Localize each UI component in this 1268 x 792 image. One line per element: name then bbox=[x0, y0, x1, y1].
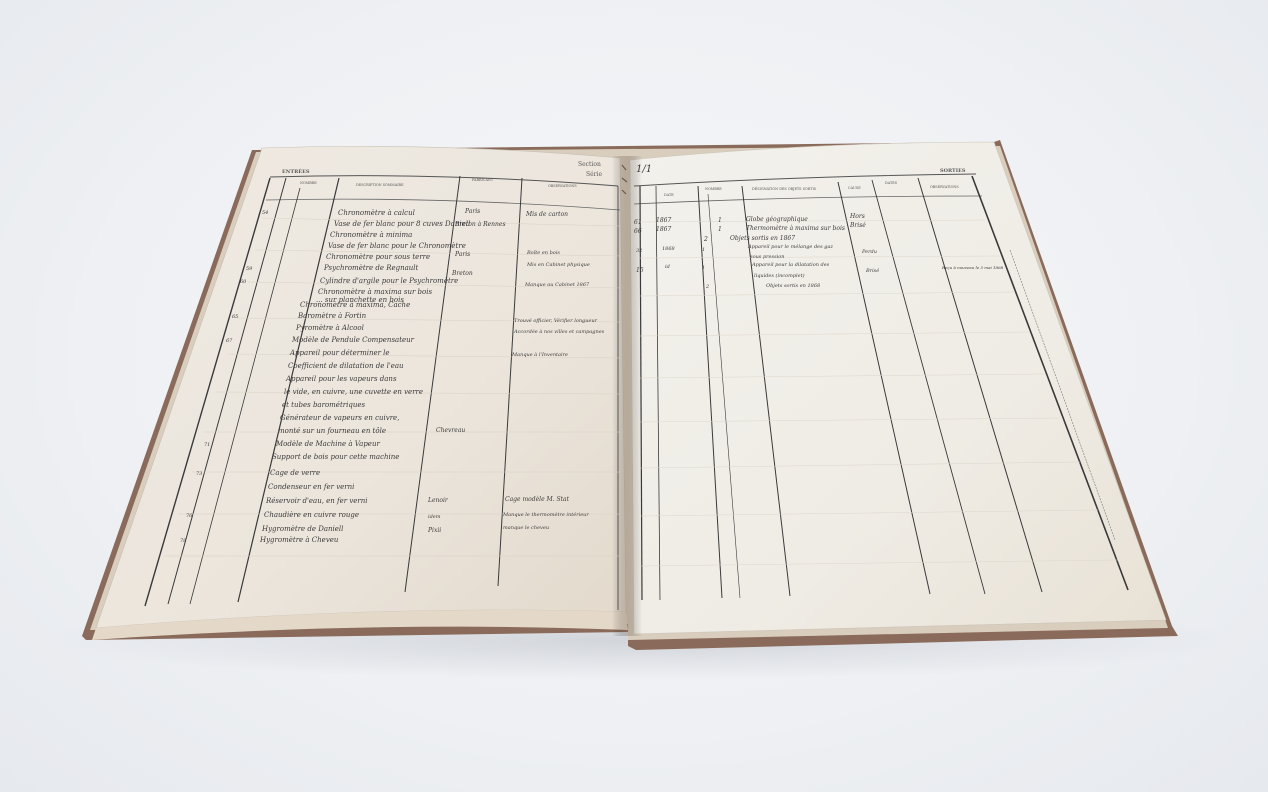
entry-obs: Accordée à nos villes et campagnes bbox=[513, 328, 605, 335]
entrees-label: ENTRÉES bbox=[282, 167, 310, 175]
entry-desc: Vase de fer blanc pour le Chronomètre bbox=[328, 242, 466, 250]
col-cause: CAUSE bbox=[848, 186, 861, 190]
entry-desc: Modèle de Pendule Compensateur bbox=[291, 336, 415, 344]
exit-number: 61 bbox=[634, 219, 642, 226]
ledger-photo: ENTRÉES Section Série DESCRIPTION SOMMAI… bbox=[0, 0, 1268, 792]
exit-obs: Reçu à nouveau le 5 mai 1868 bbox=[941, 265, 1004, 270]
entry-obs: Manque le thermomètre intérieur bbox=[502, 511, 589, 518]
entry-desc: Appareil pour déterminer le bbox=[289, 349, 390, 357]
exit-desc: Objets sortis en 1867 bbox=[730, 235, 795, 242]
exit-desc: sous pression bbox=[750, 254, 784, 260]
entry-desc: Générateur de vapeurs en cuivre, bbox=[280, 414, 399, 422]
col-nombre: NOMBRE bbox=[705, 187, 722, 191]
entry-number: 67 bbox=[226, 338, 233, 344]
entry-desc: Appareil pour les vapeurs dans bbox=[285, 375, 397, 383]
exit-qty: 2 bbox=[705, 284, 709, 290]
exit-date: 1867 bbox=[656, 217, 671, 224]
col-designation: DÉSIGNATION DES OBJETS SORTIS bbox=[752, 186, 817, 191]
entry-number: 59 bbox=[246, 266, 253, 272]
entry-desc: Condenseur en fer verni bbox=[268, 483, 354, 491]
entry-desc: Hygromètre à Cheveu bbox=[259, 536, 339, 544]
entry-obs: Mis de carton bbox=[525, 211, 568, 218]
entry-desc: Hygromètre de Daniell bbox=[261, 525, 343, 533]
col-dates: DATES bbox=[885, 181, 898, 185]
entry-obs: Manque à l'Inventaire bbox=[511, 351, 568, 358]
exit-qty: 1 bbox=[702, 247, 705, 253]
entry-number: 60 bbox=[240, 279, 247, 285]
entry-number: 71 bbox=[204, 442, 210, 448]
entry-maker: Lenoir bbox=[427, 497, 449, 504]
entry-desc: Chaudière en cuivre rouge bbox=[264, 511, 359, 519]
sorties-label: SORTIES bbox=[940, 168, 966, 174]
exit-cause: Brisé bbox=[849, 222, 866, 229]
exit-cause: Brisé bbox=[865, 267, 879, 274]
col-date: DATE bbox=[664, 193, 674, 197]
entry-desc: et tubes barométriques bbox=[282, 401, 365, 409]
entry-obs: Mis en Cabinet physique bbox=[526, 262, 590, 268]
entry-maker: Pixii bbox=[427, 527, 441, 534]
col-description: DESCRIPTION SOMMAIRE bbox=[356, 183, 404, 187]
entry-desc: monté sur un fourneau en tôle bbox=[278, 427, 386, 435]
col-observations: OBSERVATIONS bbox=[930, 185, 959, 189]
entry-desc: Vase de fer blanc pour 8 cuves Daniell bbox=[334, 220, 470, 228]
exit-number: 66 bbox=[634, 228, 642, 235]
entry-desc: Cage de verre bbox=[270, 469, 320, 477]
exit-qty: 1 bbox=[702, 265, 705, 271]
entry-maker: Paris bbox=[454, 251, 470, 258]
exit-cause: Hors bbox=[849, 213, 865, 220]
exit-desc: Appareil pour le mélange des gaz bbox=[747, 243, 833, 250]
entry-maker: Paris bbox=[464, 208, 480, 215]
col-nombre: NOMBRE bbox=[300, 181, 317, 185]
entry-desc: Chronomètre à minima bbox=[330, 231, 412, 239]
entry-maker: idem bbox=[428, 514, 441, 520]
exit-cause: Perdu bbox=[861, 249, 877, 255]
entry-desc: Chronomètre à maxima sur bois bbox=[318, 288, 432, 296]
folio-mark: 1/1 bbox=[636, 164, 652, 175]
exit-date: id bbox=[665, 264, 670, 270]
exit-qty: 2 bbox=[703, 236, 708, 243]
entry-desc: Modèle de Machine à Vapeur bbox=[275, 440, 380, 448]
entry-desc: Psychromètre de Regnault bbox=[323, 264, 419, 272]
exit-qty: 1 bbox=[718, 226, 722, 233]
entry-desc: le vide, en cuivre, une cuvette en verre bbox=[284, 388, 423, 396]
ledger-illustration: ENTRÉES Section Série DESCRIPTION SOMMAI… bbox=[0, 0, 1268, 792]
exit-date: 1868 bbox=[662, 246, 675, 252]
exit-desc: Objets sortis en 1868 bbox=[766, 283, 820, 289]
exit-number: 32 bbox=[636, 248, 642, 254]
entry-number: 73 bbox=[196, 471, 202, 477]
entry-obs: Trouvé officier, Vérifier longueur bbox=[514, 317, 598, 324]
entry-desc: Réservoir d'eau, en fer verni bbox=[265, 497, 368, 505]
entry-number: 54 bbox=[262, 210, 268, 216]
entry-number: 65 bbox=[232, 314, 238, 320]
exit-number: 15 bbox=[636, 267, 644, 274]
entry-maker: Breton bbox=[451, 270, 473, 277]
exit-desc: Thermomètre à maxima sur bois bbox=[746, 225, 845, 232]
entry-desc: Chronomètre à maxima, Cache bbox=[300, 301, 410, 309]
entry-obs: Cage modèle M. Stat bbox=[505, 496, 570, 503]
entry-maker: Breton à Rennes bbox=[454, 221, 506, 228]
entry-desc: Pyromètre à Alcool bbox=[295, 324, 364, 332]
col-fabricant: FABRICANT bbox=[472, 178, 494, 182]
exit-desc: Globe géographique bbox=[746, 216, 808, 223]
col-observations: OBSERVATIONS bbox=[548, 184, 577, 188]
entry-obs: manque le cheveu bbox=[503, 525, 549, 531]
entry-desc: Support de bois pour cette machine bbox=[272, 453, 399, 461]
serie-label: Série bbox=[586, 171, 602, 178]
entry-desc: Cylindre d'argile pour le Psychromètre bbox=[320, 277, 458, 285]
entry-obs: Boîte en bois bbox=[526, 249, 560, 256]
entry-number: 78 bbox=[180, 538, 186, 544]
entry-desc: Chronomètre pour sous terre bbox=[326, 253, 430, 261]
entry-desc: Coefficient de dilatation de l'eau bbox=[288, 362, 404, 370]
exit-desc: Appareil pour la dilatation des bbox=[751, 262, 830, 268]
entry-obs: Manque au Cabinet 1867 bbox=[524, 282, 590, 288]
section-label: Section bbox=[578, 161, 601, 168]
entry-desc: Chronomètre à calcul bbox=[338, 209, 415, 217]
entry-number: 76 bbox=[186, 513, 193, 519]
exit-desc: liquides (incomplet) bbox=[754, 272, 805, 279]
exit-date: 1867 bbox=[656, 226, 671, 233]
exit-qty: 1 bbox=[718, 217, 722, 224]
entry-desc: Baromètre à Fortin bbox=[297, 312, 367, 320]
entry-maker: Chevreau bbox=[436, 427, 465, 434]
